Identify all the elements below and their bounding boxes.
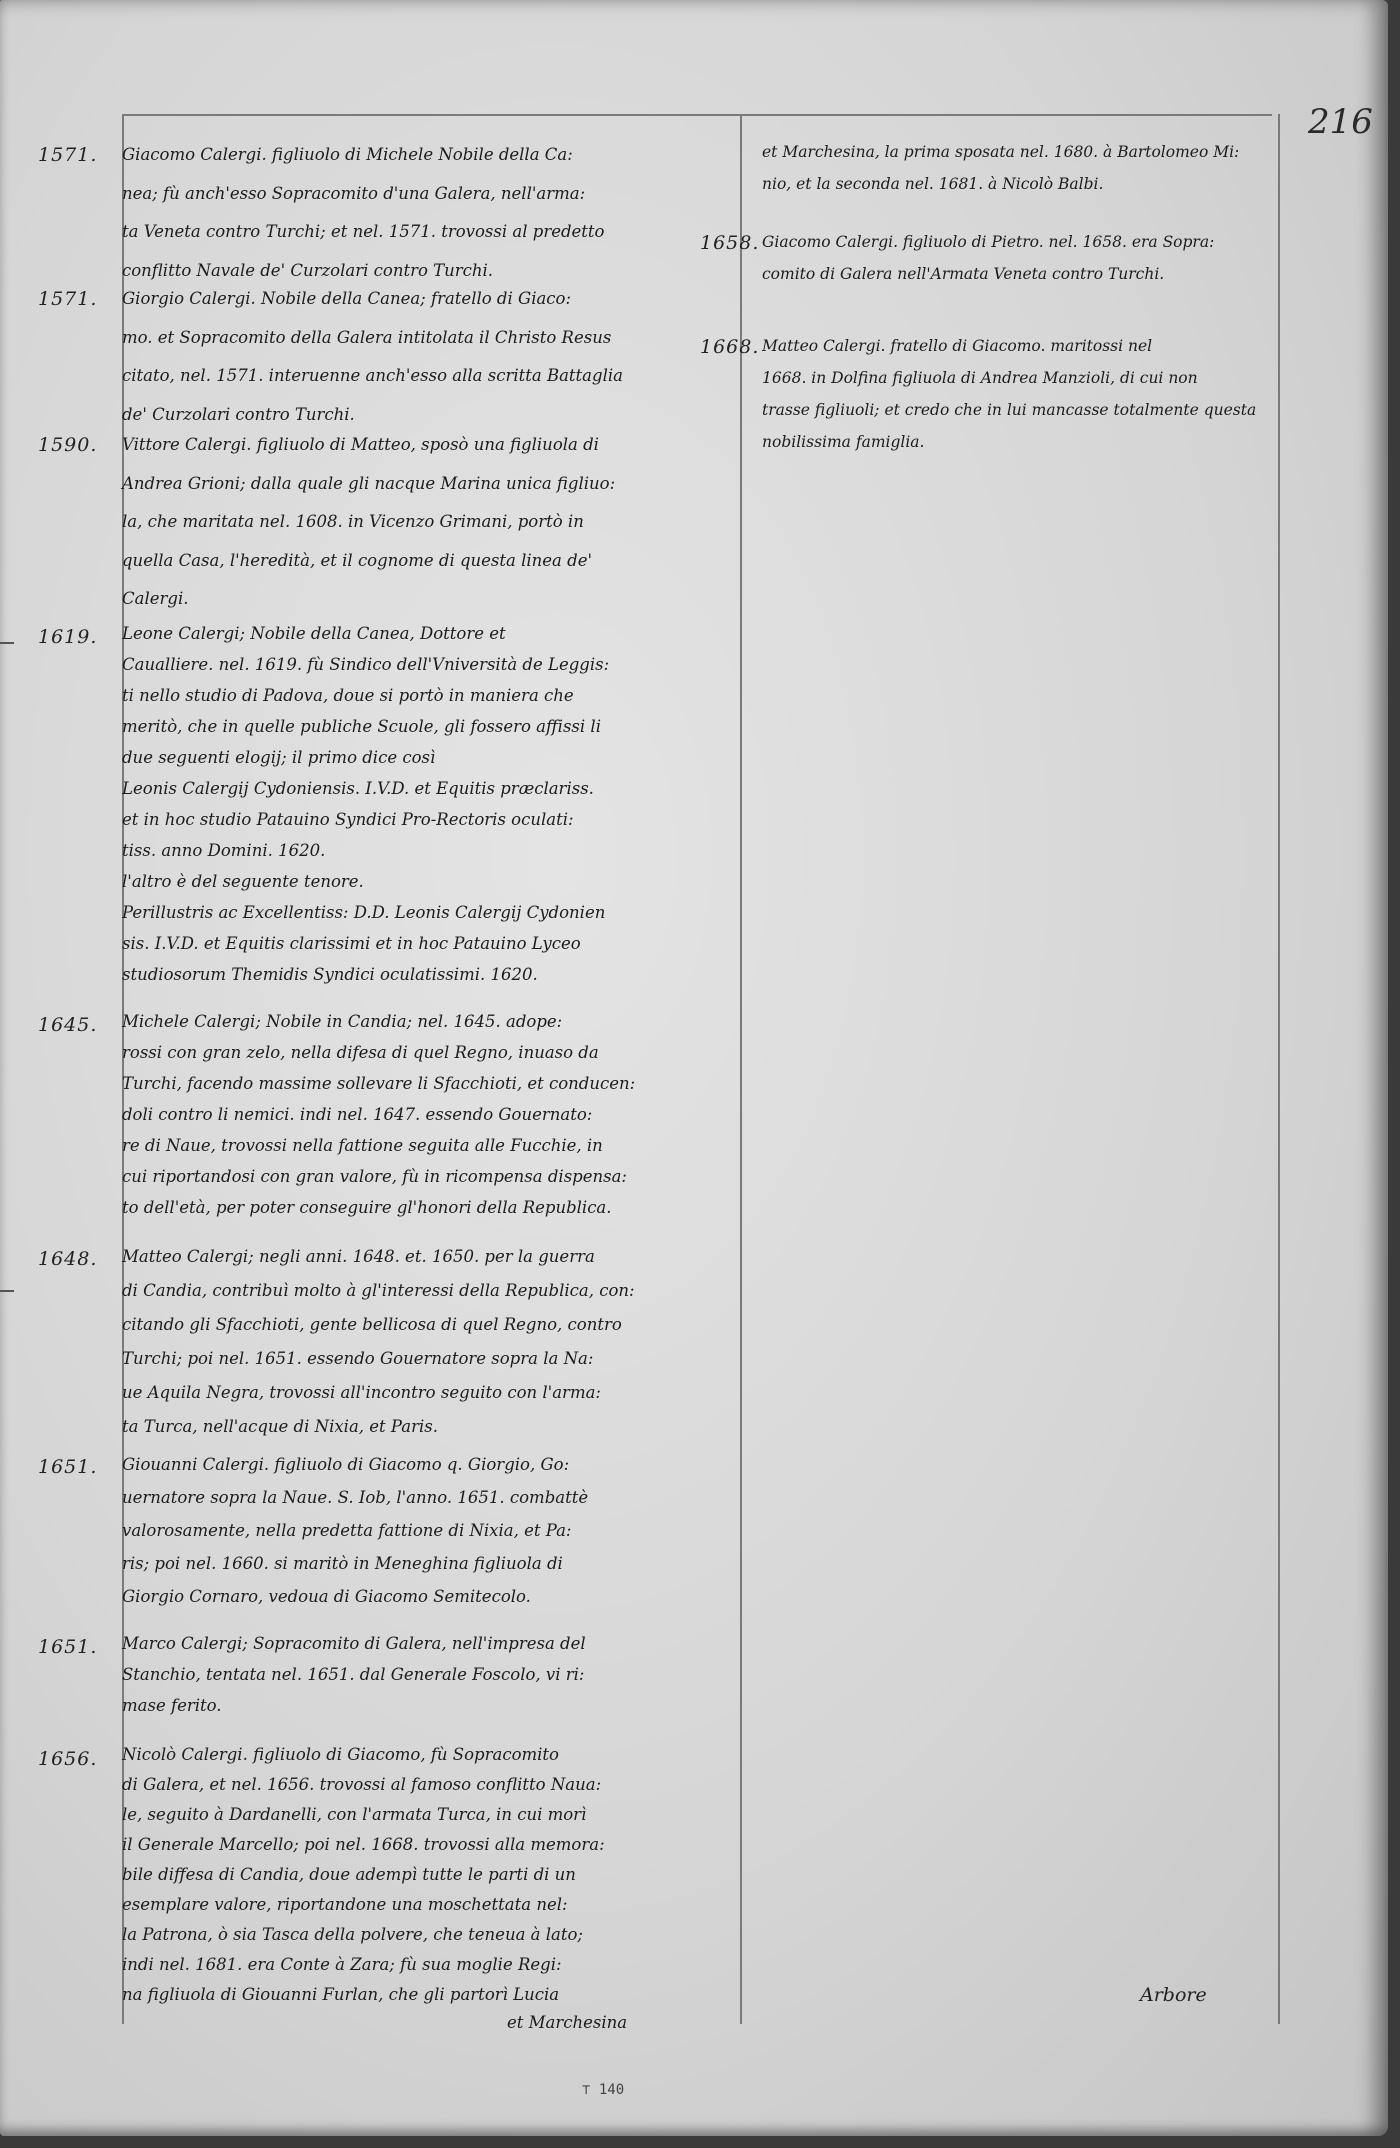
entry-line: ti nello studio di Padova, doue si portò… [122,680,682,711]
entry-line: Giacomo Calergi. figliuolo di Pietro. ne… [762,226,1302,258]
entry-line: citato, nel. 1571. interuenne anch'esso … [122,357,682,396]
entry-line: Giorgio Calergi. Nobile della Canea; fra… [122,280,682,319]
folio-number: 216 [1308,102,1373,142]
entry-line: ta Turca, nell'acque di Nixia, et Paris. [122,1410,682,1444]
entry-line: Stanchio, tentata nel. 1651. dal General… [122,1659,682,1690]
entry-line: Perillustris ac Excellentiss: D.D. Leoni… [122,897,682,928]
entry-line: cui riportandosi con gran valore, fù in … [122,1161,682,1192]
entry-year: 1590. [38,434,97,456]
binding-mark [0,642,14,644]
entry-line: meritò, che in quelle publiche Scuole, g… [122,711,682,742]
entry-line: Nicolò Calergi. figliuolo di Giacomo, fù… [122,1740,682,1770]
entry-line: Caualliere. nel. 1619. fù Sindico dell'V… [122,649,682,680]
entry-line: le, seguito à Dardanelli, con l'armata T… [122,1800,682,1830]
entry-line: esemplare valore, riportandone una mosch… [122,1890,682,1920]
entry-line: uernatore sopra la Naue. S. Iob, l'anno.… [122,1481,682,1514]
entry-line: nobilissima famiglia. [762,426,1302,458]
entry-line: et Marchesina [122,2010,682,2036]
entry-line: ta Veneta contro Turchi; et nel. 1571. t… [122,213,682,252]
entry-line: Turchi, facendo massime sollevare li Sfa… [122,1068,682,1099]
entry-line: Matteo Calergi; negli anni. 1648. et. 16… [122,1240,682,1274]
entry-line: nio, et la seconda nel. 1681. à Nicolò B… [762,168,1302,200]
entry-line: ue Aquila Negra, trovossi all'incontro s… [122,1376,682,1410]
entry-line: di Galera, et nel. 1656. trovossi al fam… [122,1770,682,1800]
top-rule [122,114,1272,116]
entry-line: et in hoc studio Patauino Syndici Pro-Re… [122,804,682,835]
entry-line: la Patrona, ò sia Tasca della polvere, c… [122,1920,682,1950]
entry-line: ris; poi nel. 1660. si maritò in Meneghi… [122,1547,682,1580]
entry-line: bile diffesa di Candia, doue adempì tutt… [122,1860,682,1890]
entry-line: Michele Calergi; Nobile in Candia; nel. … [122,1006,682,1037]
entry-line: doli contro li nemici. indi nel. 1647. e… [122,1099,682,1130]
entry-line: Matteo Calergi. fratello di Giacomo. mar… [762,330,1302,362]
entry-line: sis. I.V.D. et Equitis clarissimi et in … [122,928,682,959]
entry-line: quella Casa, l'heredità, et il cognome d… [122,542,682,581]
entry-line: to dell'età, per poter conseguire gl'hon… [122,1192,682,1223]
entry-line: 1668. in Dolfina figliuola di Andrea Man… [762,362,1302,394]
entry-line: Leone Calergi; Nobile della Canea, Dotto… [122,618,682,649]
entry-year: 1571. [38,144,97,166]
manuscript-page: 216 1571. Giacomo Calergi. figliuolo di … [0,0,1388,2136]
entry-line: due seguenti elogij; il primo dice così [122,742,682,773]
entry-year: 1658. [700,232,759,254]
entry-line: indi nel. 1681. era Conte à Zara; fù sua… [122,1950,682,1980]
entry-year: 1571. [38,288,97,310]
entry-line: Giacomo Calergi. figliuolo di Michele No… [122,136,682,175]
entry-line: Leonis Calergij Cydoniensis. I.V.D. et E… [122,773,682,804]
entry-line: nea; fù anch'esso Sopracomito d'una Gale… [122,175,682,214]
catchword: Arbore [1140,1984,1207,2006]
entry-line: citando gli Sfacchioti, gente bellicosa … [122,1308,682,1342]
entry-line: Giorgio Cornaro, vedoua di Giacomo Semit… [122,1580,682,1613]
entry-year: 1648. [38,1248,97,1270]
entry-year: 1619. [38,626,97,648]
entry-year: 1651. [38,1456,97,1478]
binding-mark [0,1290,14,1292]
entry-line: et Marchesina, la prima sposata nel. 168… [762,136,1302,168]
entry-line: il Generale Marcello; poi nel. 1668. tro… [122,1830,682,1860]
entry-line: na figliuola di Giouanni Furlan, che gli… [122,1980,682,2010]
entry-year: 1668. [700,336,759,358]
entry-line: re di Naue, trovossi nella fattione segu… [122,1130,682,1161]
entry-line: tiss. anno Domini. 1620. [122,835,682,866]
entry-line: trasse figliuoli; et credo che in lui ma… [762,394,1302,426]
entry-line: comito di Galera nell'Armata Veneta cont… [762,258,1302,290]
entry-line: Giouanni Calergi. figliuolo di Giacomo q… [122,1448,682,1481]
entry-line: mase ferito. [122,1690,682,1721]
archive-stamp: ⊤ 140 [582,2082,624,2098]
entry-year: 1656. [38,1748,97,1770]
entry-line: l'altro è del seguente tenore. [122,866,682,897]
column-divider-rule [740,114,742,2024]
entry-line: Vittore Calergi. figliuolo di Matteo, sp… [122,426,682,465]
entry-line: la, che maritata nel. 1608. in Vicenzo G… [122,503,682,542]
entry-line: rossi con gran zelo, nella difesa di que… [122,1037,682,1068]
entry-line: studiosorum Themidis Syndici oculatissim… [122,959,682,990]
entry-year: 1645. [38,1014,97,1036]
entry-line: valorosamente, nella predetta fattione d… [122,1514,682,1547]
entry-line: Andrea Grioni; dalla quale gli nacque Ma… [122,465,682,504]
entry-line: mo. et Sopracomito della Galera intitola… [122,319,682,358]
entry-line: di Candia, contribuì molto à gl'interess… [122,1274,682,1308]
entry-line: Turchi; poi nel. 1651. essendo Gouernato… [122,1342,682,1376]
entry-year: 1651. [38,1636,97,1658]
entry-line: Calergi. [122,580,682,619]
entry-line: Marco Calergi; Sopracomito di Galera, ne… [122,1628,682,1659]
